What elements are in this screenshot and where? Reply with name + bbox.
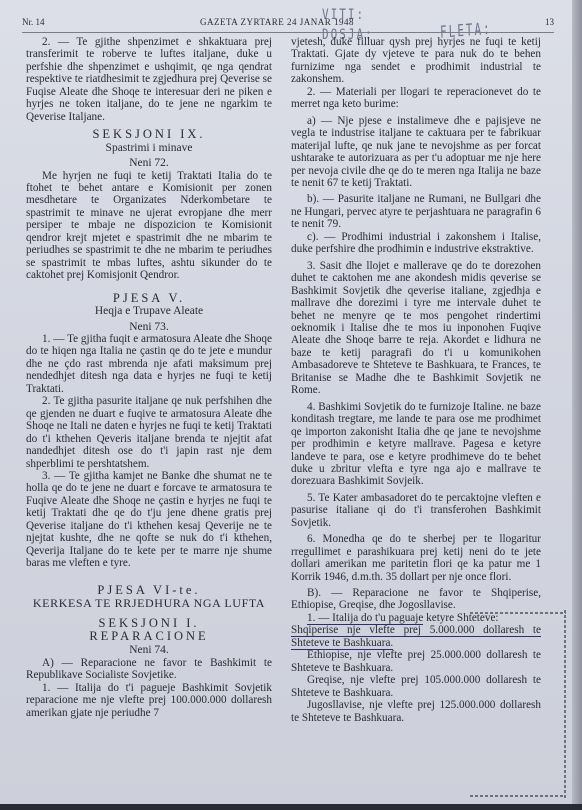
article-heading: Neni 72.: [26, 157, 272, 169]
paragraph: 5. Te Kater ambasadoret do te percaktojn…: [291, 492, 541, 529]
reparation-greece: Greqise, nje vlefte prej 105.000.000 dol…: [291, 674, 541, 699]
paragraph: B). — Reparacione ne favor te Shqiperise…: [291, 587, 541, 612]
gazette-title: GAZETA ZYRTARE 24 JANAR 1948: [200, 17, 354, 27]
paragraph: 1. — Italija do t'i pagueje Bashkimit So…: [26, 682, 272, 719]
right-column: vjetesh, duke filluar qysh prej hyrjes n…: [291, 36, 541, 724]
part-heading: PJESA V.: [26, 292, 272, 304]
reparation-albania: Shqiperise nje vlefte prej 5.000.000 dol…: [291, 624, 541, 649]
stamp-box-border: [470, 612, 566, 614]
paragraph: 4. Bashkimi Sovjetik do te furnizoje Ita…: [291, 401, 541, 488]
paragraph: c). — Prodhimi industrial i zakonshem i …: [291, 231, 541, 256]
section-heading: SEKSJONI IX.: [26, 128, 272, 140]
paragraph: vjetesh, duke filluar qysh prej hyrjes n…: [291, 36, 541, 86]
part-subheading: Heqja e Trupave Aleate: [26, 305, 272, 317]
article-heading: Neni 74.: [26, 644, 272, 656]
paragraph: 3. — Te gjitha kamjet ne Banke dhe shuma…: [26, 470, 272, 570]
section-subheading: Spastrimi i minave: [26, 142, 272, 154]
paragraph: A) — Reparacione ne favor te Bashkimit t…: [26, 657, 272, 682]
paragraph: 2. Te gjitha pasurite italjane qe nuk pe…: [26, 395, 272, 470]
paragraph: 1. — Te gjitha fuqit e armatosura Aleate…: [26, 333, 272, 395]
underlined-text: Shqiperise nje vlefte prej 5.000.000 dol…: [291, 624, 541, 649]
reparation-ethiopia: Ethiopise, nje vlefte prej 25.000.000 do…: [291, 649, 541, 674]
scanned-page: VITI: DOSJA: FLETA: Nr. 14 GAZETA ZYRTAR…: [0, 0, 572, 804]
part-heading: PJESA VI-te.: [26, 584, 272, 596]
paragraph: 2. — Materiali per llogari te reperacion…: [291, 86, 541, 111]
stamp-box-border: [564, 610, 566, 800]
paragraph: Me hyrjen ne fuqi te ketij Traktati Ital…: [26, 170, 272, 282]
paragraph: a) — Nje pjese e instalimeve dhe e pajis…: [291, 115, 541, 190]
underlined-text: 1. — Italija do t'u paguaje: [307, 612, 423, 625]
reparation-yugoslavia: Jugosllavise, nje vlefte prej 125.000.00…: [291, 699, 541, 724]
left-column: 2. — Te gjithe shpenzimet e shkaktuara p…: [26, 36, 272, 719]
scanner-edge: [572, 0, 582, 810]
paragraph: 3. Sasit dhe llojet e mallerave qe do te…: [291, 260, 541, 397]
paragraph: 2. — Te gjithe shpenzimet e shkaktuara p…: [26, 36, 272, 123]
article-heading: Neni 73.: [26, 321, 272, 333]
scanner-edge: [0, 804, 582, 810]
paragraph: b). — Pasurite italjane ne Rumani, ne Bu…: [291, 193, 541, 230]
page-number: 13: [545, 17, 554, 27]
paragraph: 6. Monedha qe do te sherbej per te lloga…: [291, 533, 541, 583]
part-subheading: KERKESA TE RRJEDHURA NGA LUFTA: [26, 597, 272, 609]
stamp-box-border: [470, 795, 566, 797]
issue-number: Nr. 14: [22, 17, 45, 27]
page-header: Nr. 14 GAZETA ZYRTARE 24 JANAR 1948 13: [22, 12, 554, 33]
section-subheading: REPARACIONE: [26, 630, 272, 642]
